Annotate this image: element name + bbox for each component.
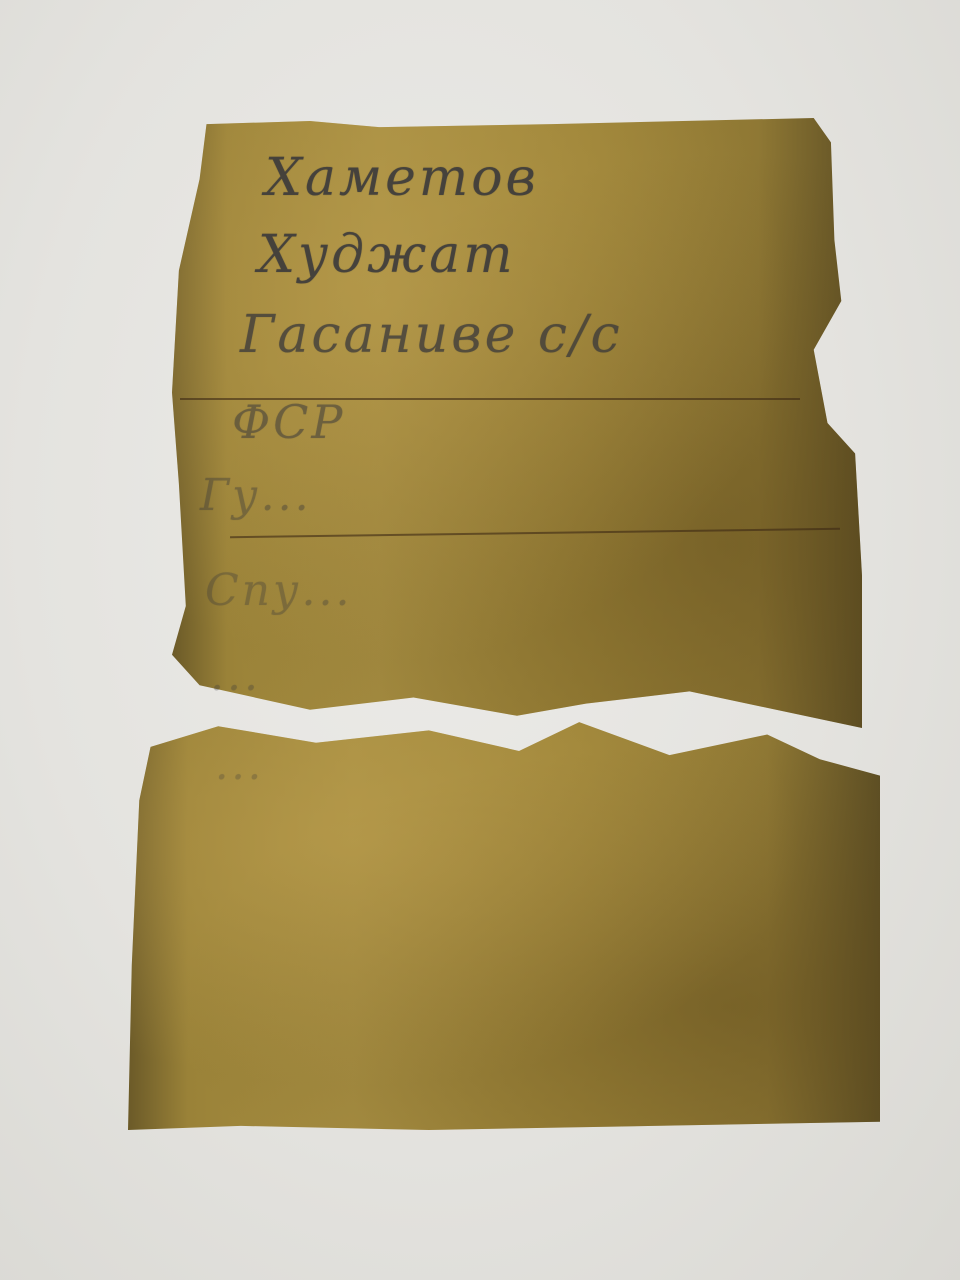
handwriting-line-4: ФСР xyxy=(232,395,345,449)
photo-scene: Хаметов Худжат Гасаниве с/с ФСР Гу... Сп… xyxy=(0,0,960,1280)
handwriting-line-7: ... xyxy=(210,650,261,701)
handwriting-line-6: Спу... xyxy=(205,565,353,616)
handwriting-line-8: ... xyxy=(215,740,264,789)
handwriting-line-3: Гасаниве с/с xyxy=(240,305,623,365)
handwriting-line-1: Хаметов xyxy=(265,148,539,208)
handwriting-line-2: Худжат xyxy=(258,225,516,285)
handwriting-line-5: Гу... xyxy=(200,470,312,521)
